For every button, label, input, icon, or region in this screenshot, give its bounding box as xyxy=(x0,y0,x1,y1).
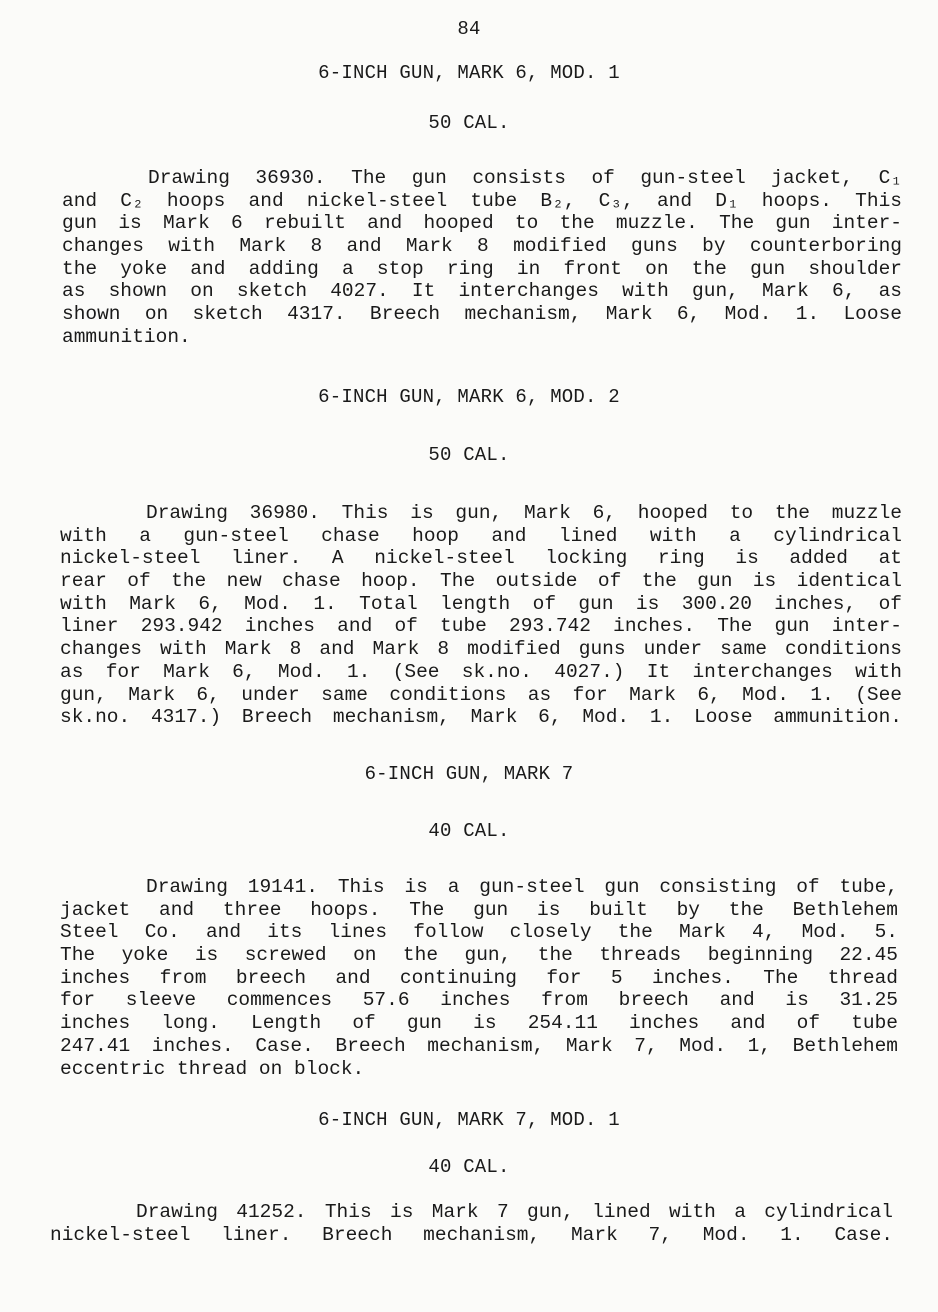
section-heading: 6-INCH GUN, MARK 7, MOD. 1 xyxy=(0,1109,938,1131)
paragraph-line: nickel-steel liner. Breech mechanism, Ma… xyxy=(50,1224,893,1247)
paragraph-line: changes with Mark 8 and Mark 8 modified … xyxy=(62,235,902,258)
paragraph-line: ammunition. xyxy=(62,326,902,349)
paragraph-line: with a gun-steel chase hoop and lined wi… xyxy=(60,525,902,548)
paragraph-line: Drawing 36980. This is gun, Mark 6, hoop… xyxy=(60,502,902,525)
document-page: 84 6-INCH GUN, MARK 6, MOD. 1 50 CAL. Dr… xyxy=(0,0,938,1312)
paragraph-line: and C₂ hoops and nickel-steel tube B₂, C… xyxy=(62,190,902,213)
paragraph-line: inches long. Length of gun is 254.11 inc… xyxy=(60,1012,898,1035)
paragraph-line: the yoke and adding a stop ring in front… xyxy=(62,258,902,281)
paragraph-line: as for Mark 6, Mod. 1. (See sk.no. 4027.… xyxy=(60,661,902,684)
section-caliber: 40 CAL. xyxy=(0,1156,938,1178)
page-number: 84 xyxy=(0,18,938,40)
section-paragraph: Drawing 41252. This is Mark 7 gun, lined… xyxy=(50,1201,893,1246)
paragraph-line: gun, Mark 6, under same conditions as fo… xyxy=(60,684,902,707)
paragraph-line: 247.41 inches. Case. Breech mechanism, M… xyxy=(60,1035,898,1058)
paragraph-line: rear of the new chase hoop. The outside … xyxy=(60,570,902,593)
paragraph-line: for sleeve commences 57.6 inches from br… xyxy=(60,989,898,1012)
paragraph-line: eccentric thread on block. xyxy=(60,1058,898,1081)
paragraph-line: gun is Mark 6 rebuilt and hooped to the … xyxy=(62,212,902,235)
section-heading: 6-INCH GUN, MARK 7 xyxy=(0,763,938,785)
section-caliber: 50 CAL. xyxy=(0,112,938,134)
section-paragraph: Drawing 36930. The gun consists of gun-s… xyxy=(62,167,902,349)
section-paragraph: Drawing 36980. This is gun, Mark 6, hoop… xyxy=(60,502,902,729)
section-caliber: 40 CAL. xyxy=(0,820,938,842)
section-caliber: 50 CAL. xyxy=(0,444,938,466)
paragraph-line: liner 293.942 inches and of tube 293.742… xyxy=(60,615,902,638)
paragraph-line: nickel-steel liner. A nickel-steel locki… xyxy=(60,547,902,570)
section-heading: 6-INCH GUN, MARK 6, MOD. 1 xyxy=(0,62,938,84)
paragraph-line: The yoke is screwed on the gun, the thre… xyxy=(60,944,898,967)
paragraph-line: changes with Mark 8 and Mark 8 modified … xyxy=(60,638,902,661)
paragraph-line: with Mark 6, Mod. 1. Total length of gun… xyxy=(60,593,902,616)
paragraph-line: shown on sketch 4317. Breech mechanism, … xyxy=(62,303,902,326)
section-heading: 6-INCH GUN, MARK 6, MOD. 2 xyxy=(0,386,938,408)
paragraph-line: inches from breech and continuing for 5 … xyxy=(60,967,898,990)
paragraph-line: Drawing 41252. This is Mark 7 gun, lined… xyxy=(50,1201,893,1224)
paragraph-line: Steel Co. and its lines follow closely t… xyxy=(60,921,898,944)
paragraph-line: as shown on sketch 4027. It interchanges… xyxy=(62,280,902,303)
paragraph-line: jacket and three hoops. The gun is built… xyxy=(60,899,898,922)
paragraph-line: sk.no. 4317.) Breech mechanism, Mark 6, … xyxy=(60,706,902,729)
section-paragraph: Drawing 19141. This is a gun-steel gun c… xyxy=(60,876,898,1080)
paragraph-line: Drawing 19141. This is a gun-steel gun c… xyxy=(60,876,898,899)
paragraph-line: Drawing 36930. The gun consists of gun-s… xyxy=(62,167,902,190)
